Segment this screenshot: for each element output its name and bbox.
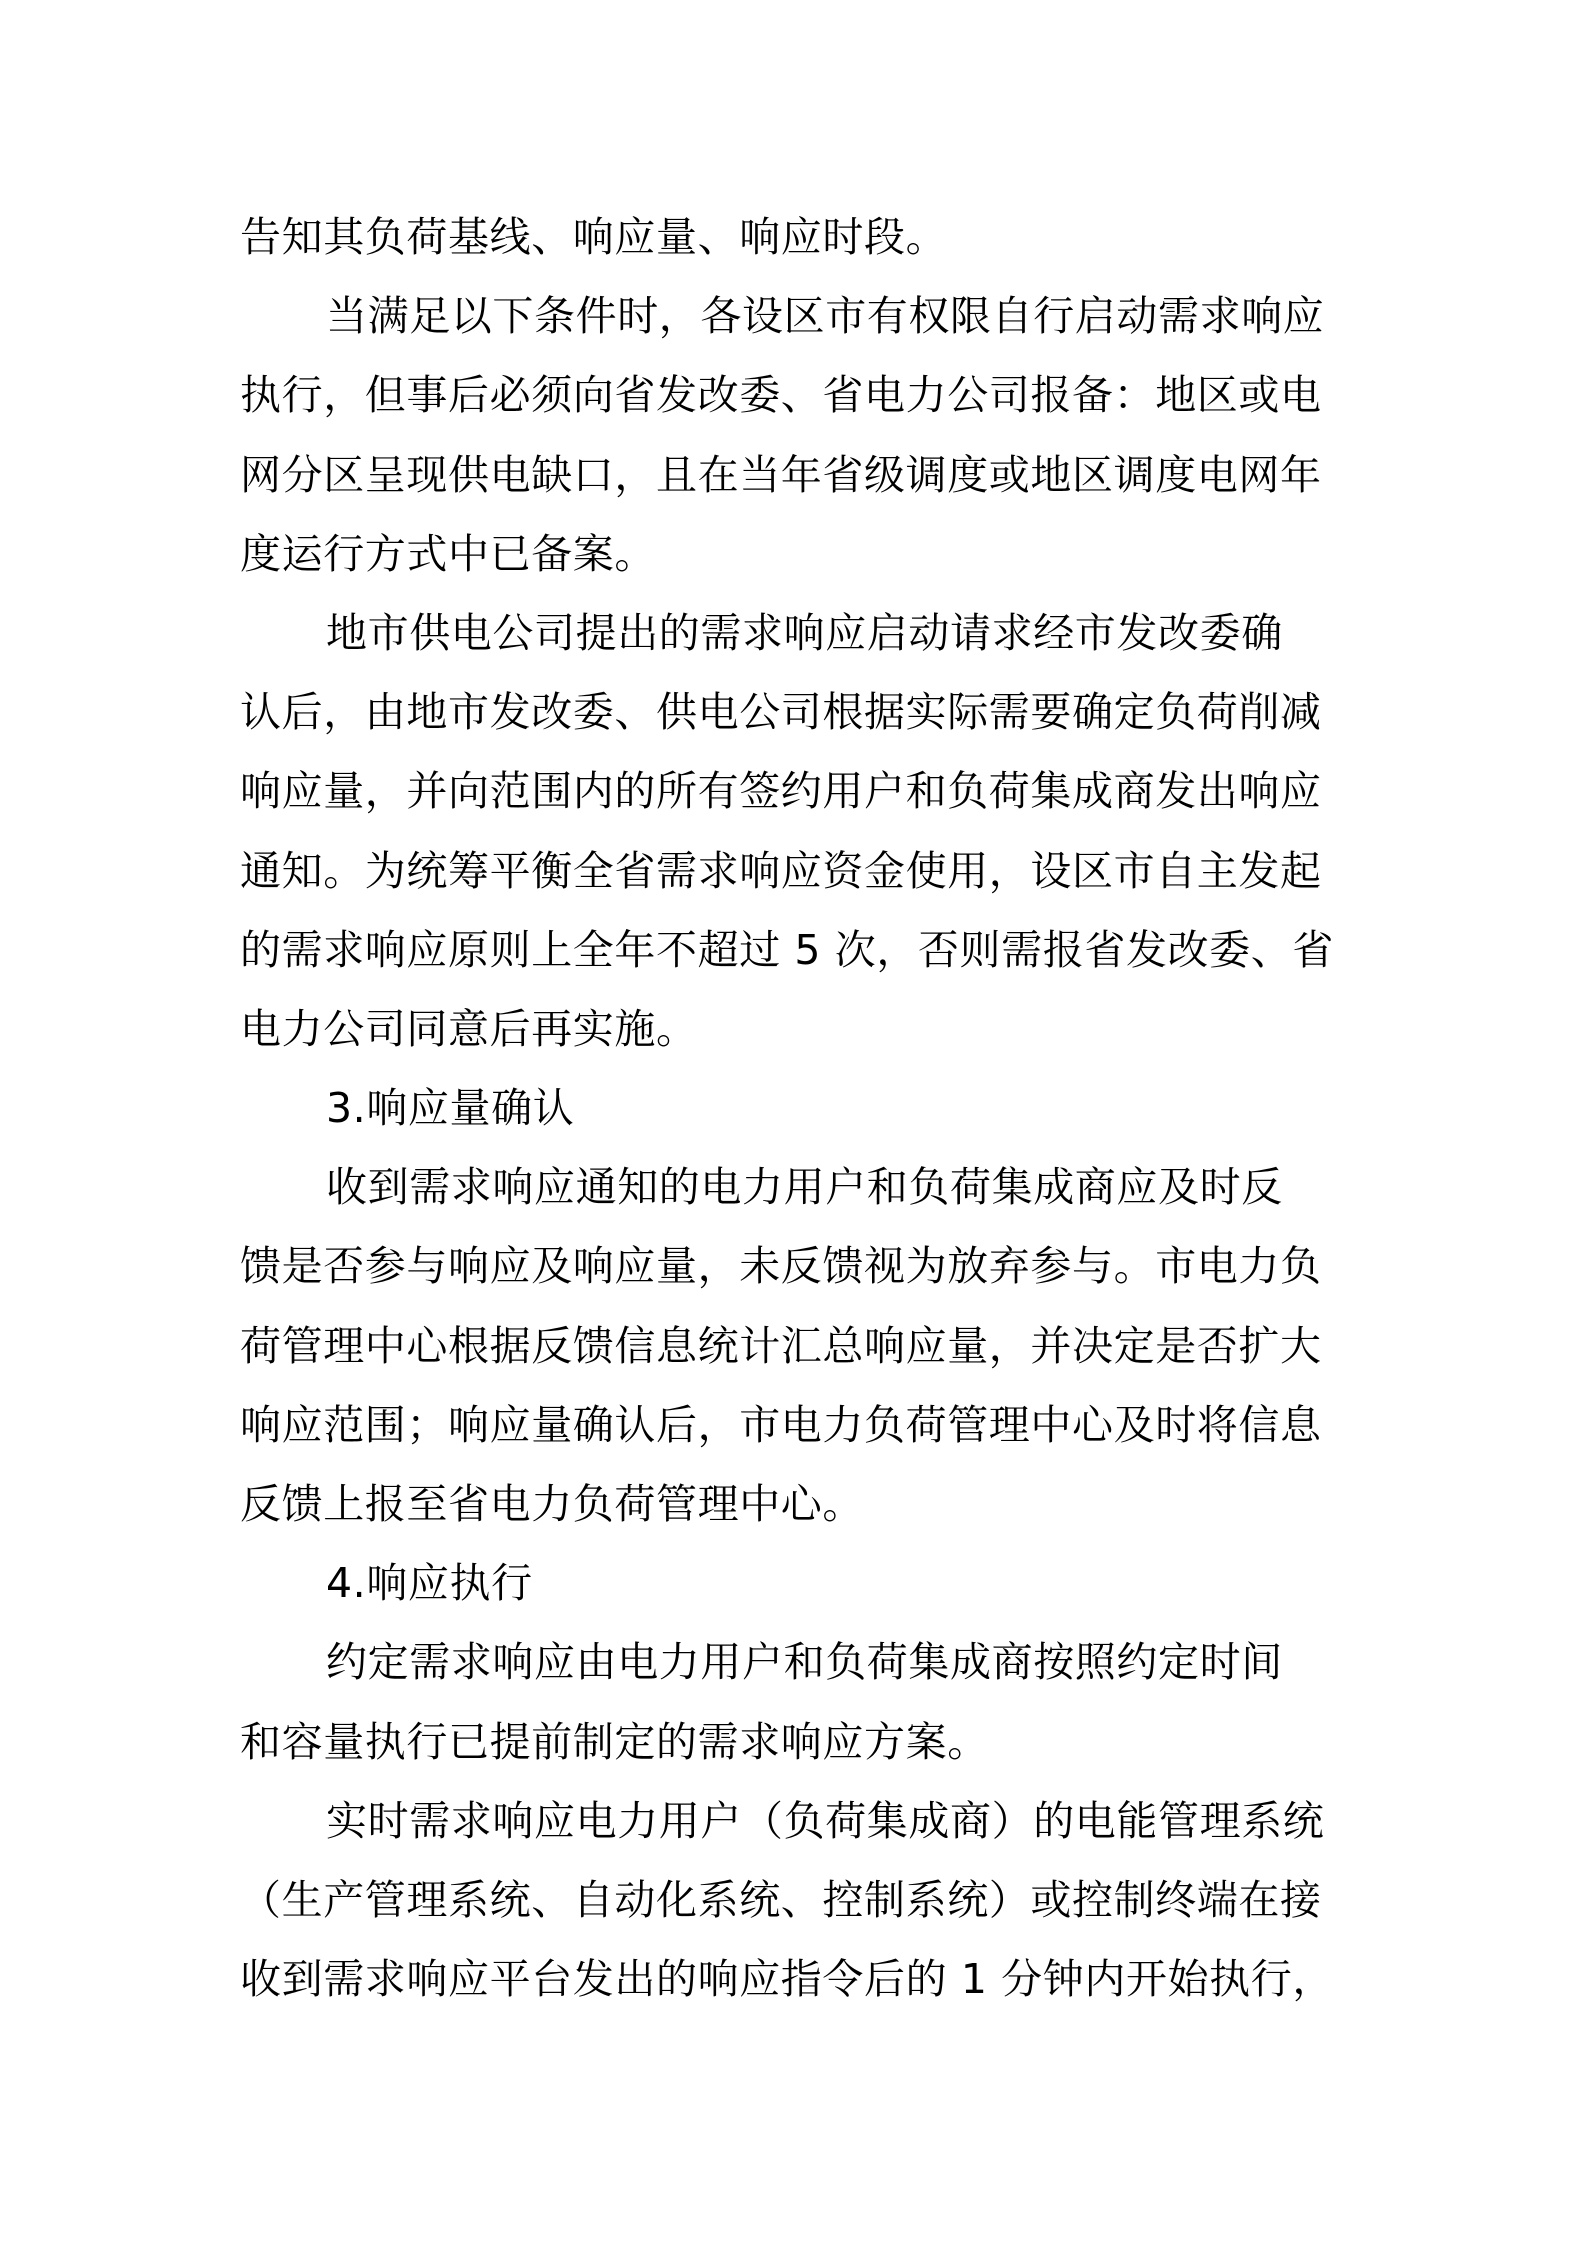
paragraph-line: 实时需求响应电力用户（负荷集成商）的电能管理系统 [240,1782,1360,1861]
paragraph-line: 响应范围；响应量确认后，市电力负荷管理中心及时将信息 [240,1386,1360,1465]
paragraph-line: 执行，但事后必须向省发改委、省电力公司报备：地区或电 [240,356,1360,435]
paragraph-line: 约定需求响应由电力用户和负荷集成商按照约定时间 [240,1623,1360,1702]
section-heading-3: 3.响应量确认 [240,1069,1360,1148]
paragraph-line: 认后，由地市发改委、供电公司根据实际需要确定负荷削减 [240,673,1360,752]
section-heading-4: 4.响应执行 [240,1544,1360,1623]
paragraph-line: 度运行方式中已备案。 [240,515,1360,594]
paragraph-line: 荷管理中心根据反馈信息统计汇总响应量，并决定是否扩大 [240,1307,1360,1386]
paragraph-line: 响应量，并向范围内的所有签约用户和负荷集成商发出响应 [240,752,1360,831]
document-page: 告知其负荷基线、响应量、响应时段。 当满足以下条件时，各设区市有权限自行启动需求… [240,198,1360,2019]
paragraph-line: 网分区呈现供电缺口，且在当年省级调度或地区调度电网年 [240,436,1360,515]
paragraph-line: 当满足以下条件时，各设区市有权限自行启动需求响应 [240,277,1360,356]
paragraph-line: 告知其负荷基线、响应量、响应时段。 [240,198,1360,277]
paragraph-line: 电力公司同意后再实施。 [240,990,1360,1069]
paragraph-line: 通知。为统筹平衡全省需求响应资金使用，设区市自主发起 [240,832,1360,911]
paragraph-line: 和容量执行已提前制定的需求响应方案。 [240,1703,1360,1782]
paragraph-line: 收到需求响应通知的电力用户和负荷集成商应及时反 [240,1148,1360,1227]
paragraph-line: 的需求响应原则上全年不超过 5 次，否则需报省发改委、省 [240,911,1360,990]
paragraph-line: 反馈上报至省电力负荷管理中心。 [240,1465,1360,1544]
paragraph-line: 馈是否参与响应及响应量，未反馈视为放弃参与。市电力负 [240,1227,1360,1306]
paragraph-line: 地市供电公司提出的需求响应启动请求经市发改委确 [240,594,1360,673]
paragraph-line: （生产管理系统、自动化系统、控制系统）或控制终端在接 [240,1861,1360,1940]
paragraph-line: 收到需求响应平台发出的响应指令后的 1 分钟内开始执行， [240,1940,1360,2019]
